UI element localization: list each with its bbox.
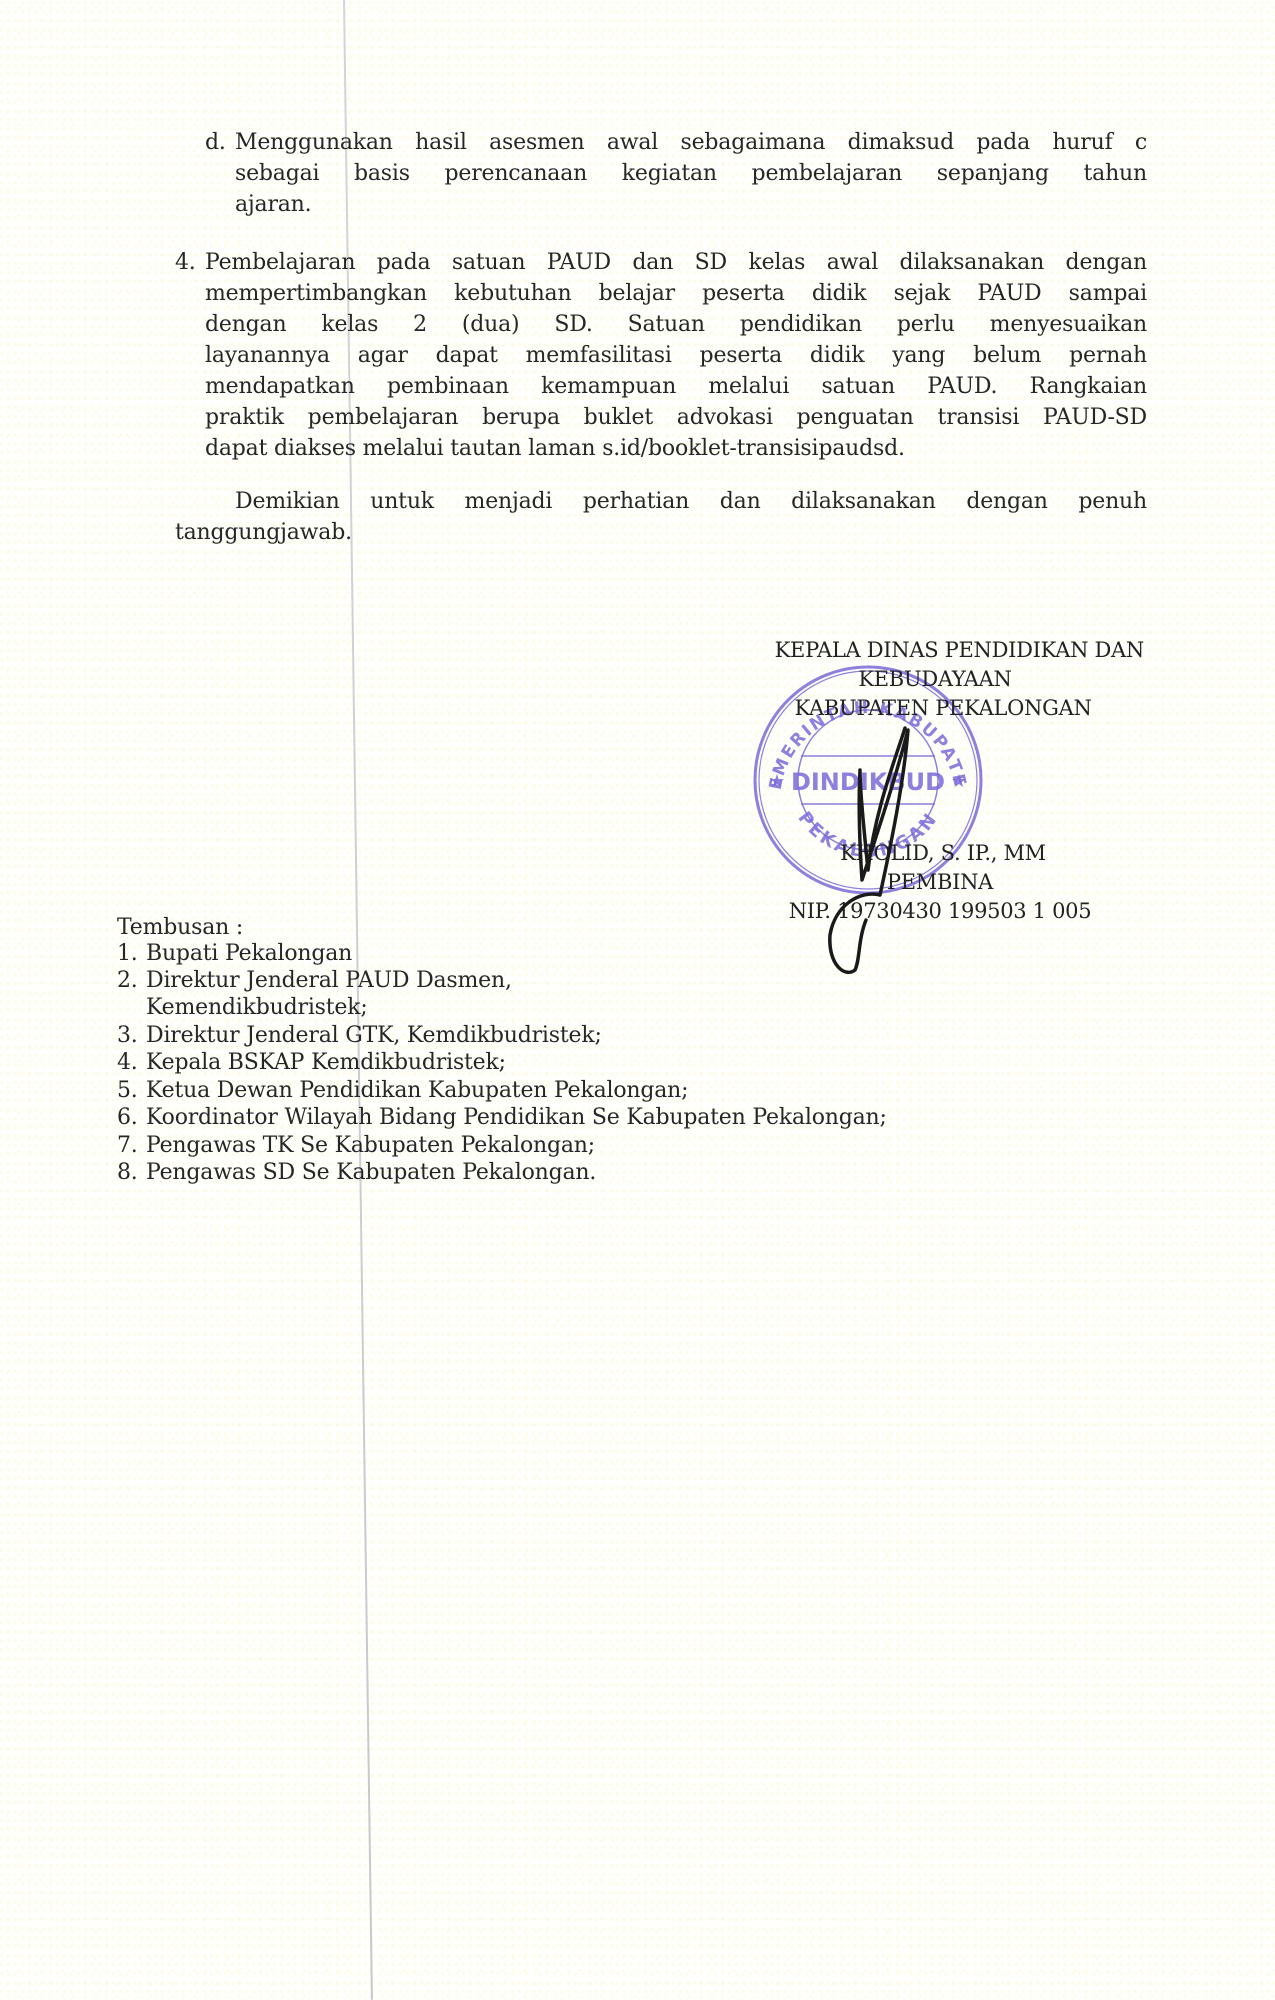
tembusan-item-num: 8. bbox=[117, 1158, 138, 1188]
closing-line-2: tanggungjawab. bbox=[175, 518, 352, 548]
item-4-line-6: praktik pembelajaran berupa buklet advok… bbox=[205, 403, 1147, 433]
tembusan-item: Direktur Jenderal PAUD Dasmen, bbox=[146, 966, 512, 996]
tembusan-item-num: 7. bbox=[117, 1131, 138, 1161]
tembusan-item: Bupati Pekalongan bbox=[146, 939, 352, 969]
tembusan-item: Direktur Jenderal GTK, Kemdikbudristek; bbox=[146, 1021, 602, 1051]
item-d-line-3: ajaran. bbox=[235, 190, 311, 220]
tembusan-item-num: 4. bbox=[117, 1048, 138, 1078]
signer-title-line-1: KEPALA DINAS PENDIDIKAN DAN bbox=[700, 636, 1160, 665]
item-d-line-1: Menggunakan hasil asesmen awal sebagaima… bbox=[235, 128, 1147, 158]
item-marker: 4. bbox=[175, 248, 196, 278]
tembusan-item: Koordinator Wilayah Bidang Pendidikan Se… bbox=[146, 1103, 887, 1133]
tembusan-item-num: 5. bbox=[117, 1076, 138, 1106]
signer-title-line-3: KABUPATEN PEKALONGAN bbox=[700, 694, 1160, 723]
tembusan-item-num: 1. bbox=[117, 939, 138, 969]
item-marker: d. bbox=[205, 128, 226, 158]
tembusan-item-num: 3. bbox=[117, 1021, 138, 1051]
signer-title-line-2: KEBUDAYAAN bbox=[700, 665, 1160, 694]
item-4-line-5: mendapatkan pembinaan kemampuan melalui … bbox=[205, 372, 1147, 402]
item-4-line-1: Pembelajaran pada satuan PAUD dan SD kel… bbox=[205, 248, 1147, 278]
tembusan-item: Pengawas SD Se Kabupaten Pekalongan. bbox=[146, 1158, 596, 1188]
item-d-line-2: sebagai basis perencanaan kegiatan pembe… bbox=[235, 159, 1147, 189]
tembusan-item-num: 6. bbox=[117, 1103, 138, 1133]
tembusan-item: Kepala BSKAP Kemdikbudristek; bbox=[146, 1048, 506, 1078]
item-4-line-7: dapat diakses melalui tautan laman s.id/… bbox=[205, 434, 905, 464]
tembusan-item: Ketua Dewan Pendidikan Kabupaten Pekalon… bbox=[146, 1076, 688, 1106]
tembusan-item-continuation: Kemendikbudristek; bbox=[146, 993, 368, 1023]
tembusan-item-num: 2. bbox=[117, 966, 138, 996]
closing-line-1: Demikian untuk menjadi perhatian dan dil… bbox=[235, 487, 1147, 517]
item-4-line-4: layanannya agar dapat memfasilitasi pese… bbox=[205, 341, 1147, 371]
item-4-line-3: dengan kelas 2 (dua) SD. Satuan pendidik… bbox=[205, 310, 1147, 340]
tembusan-item: Pengawas TK Se Kabupaten Pekalongan; bbox=[146, 1131, 595, 1161]
handwritten-signature bbox=[800, 720, 950, 980]
item-4-line-2: mempertimbangkan kebutuhan belajar peser… bbox=[205, 279, 1147, 309]
